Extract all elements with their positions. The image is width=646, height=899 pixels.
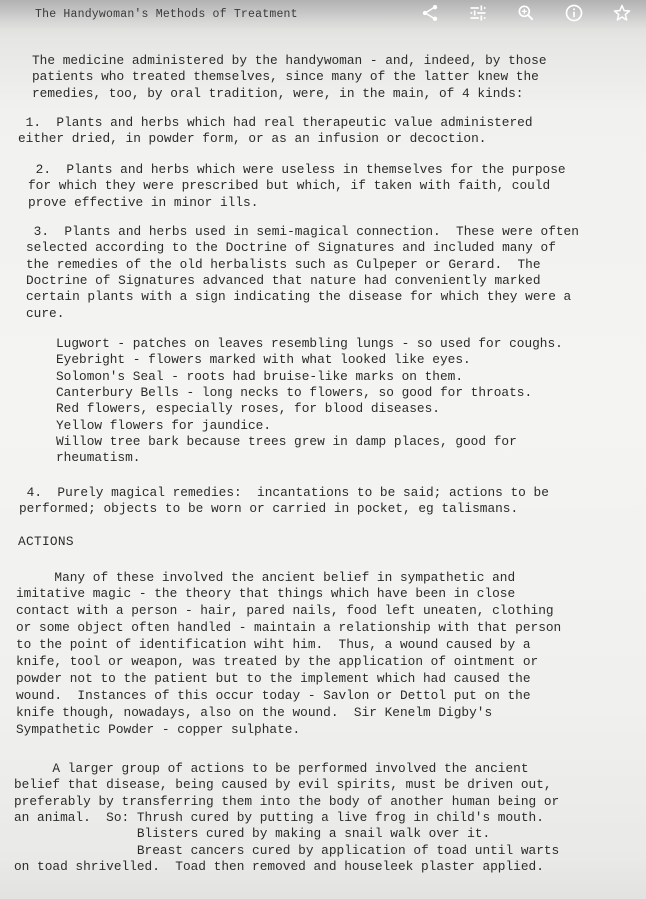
text-line: certain plants with a sign indicating th… <box>26 289 571 305</box>
share-icon <box>420 3 440 23</box>
text-line: contact with a person - hair, pared nail… <box>16 603 554 619</box>
text-line: rheumatism. <box>56 450 140 466</box>
text-line: Solomon's Seal - roots had bruise-like m… <box>56 369 463 385</box>
text-line: either dried, in powder form, or as an i… <box>18 131 486 147</box>
top-bar: The Handywoman's Methods of Treatment <box>0 0 646 30</box>
text-line: 1. Plants and herbs which had real thera… <box>18 115 533 131</box>
text-line: knife though, nowadays, also on the woun… <box>16 705 492 721</box>
text-line: imitative magic - the theory that things… <box>16 586 515 602</box>
section-heading: ACTIONS <box>18 534 74 550</box>
text-line: Doctrine of Signatures advanced that nat… <box>26 273 541 289</box>
text-line: Many of these involved the ancient belie… <box>16 570 515 586</box>
viewer-toolbar <box>406 0 646 26</box>
adjust-button[interactable] <box>454 0 502 26</box>
favorite-button[interactable] <box>598 0 646 26</box>
text-line: patients who treated themselves, since m… <box>32 69 539 85</box>
text-line: Eyebright - flowers marked with what loo… <box>56 352 471 368</box>
text-line: powder not to the patient but to the imp… <box>16 671 531 687</box>
text-line: Sympathetic Powder - copper sulphate. <box>16 722 300 738</box>
zoom-in-icon <box>516 3 536 23</box>
text-line: performed; objects to be worn or carried… <box>19 501 518 517</box>
text-line: Blisters cured by making a snail walk ov… <box>14 826 490 842</box>
text-line: A larger group of actions to be performe… <box>14 761 529 777</box>
zoom-button[interactable] <box>502 0 550 26</box>
document-title: The Handywoman's Methods of Treatment <box>35 8 298 21</box>
text-line: 2. Plants and herbs which were useless i… <box>28 162 566 178</box>
text-line: Canterbury Bells - long necks to flowers… <box>56 385 532 401</box>
text-line: 3. Plants and herbs used in semi-magical… <box>26 224 579 240</box>
text-line: for which they were prescribed but which… <box>28 178 550 194</box>
text-line: 4. Purely magical remedies: incantations… <box>19 485 549 501</box>
text-line: knife, tool or weapon, was treated by th… <box>16 654 538 670</box>
text-line: Lugwort - patches on leaves resembling l… <box>56 336 563 352</box>
text-line: the remedies of the old herbalists such … <box>26 257 541 273</box>
text-line: Willow tree bark because trees grew in d… <box>56 434 517 450</box>
info-button[interactable] <box>550 0 598 26</box>
text-line: Red flowers, especially roses, for blood… <box>56 401 440 417</box>
share-button[interactable] <box>406 0 454 26</box>
text-line: wound. Instances of this occur today - S… <box>16 688 531 704</box>
text-line: or some object often handled - maintain … <box>16 620 561 636</box>
text-line: Yellow flowers for jaundice. <box>56 418 271 434</box>
text-line: to the point of identification wiht him.… <box>16 637 531 653</box>
text-line: on toad shrivelled. Toad then removed an… <box>14 859 544 875</box>
sliders-icon <box>468 3 488 23</box>
text-line: cure. <box>26 306 64 322</box>
star-icon <box>612 3 632 23</box>
text-line: selected according to the Doctrine of Si… <box>26 240 556 256</box>
text-line: an animal. So: Thrush cured by putting a… <box>14 810 544 826</box>
text-line: Breast cancers cured by application of t… <box>14 843 559 859</box>
text-line: belief that disease, being caused by evi… <box>14 777 552 793</box>
info-icon <box>564 3 584 23</box>
text-line: The medicine administered by the handywo… <box>32 53 547 69</box>
text-line: preferably by transferring them into the… <box>14 794 559 810</box>
text-line: prove effective in minor ills. <box>28 195 258 211</box>
text-line: remedies, too, by oral tradition, were, … <box>32 86 523 102</box>
